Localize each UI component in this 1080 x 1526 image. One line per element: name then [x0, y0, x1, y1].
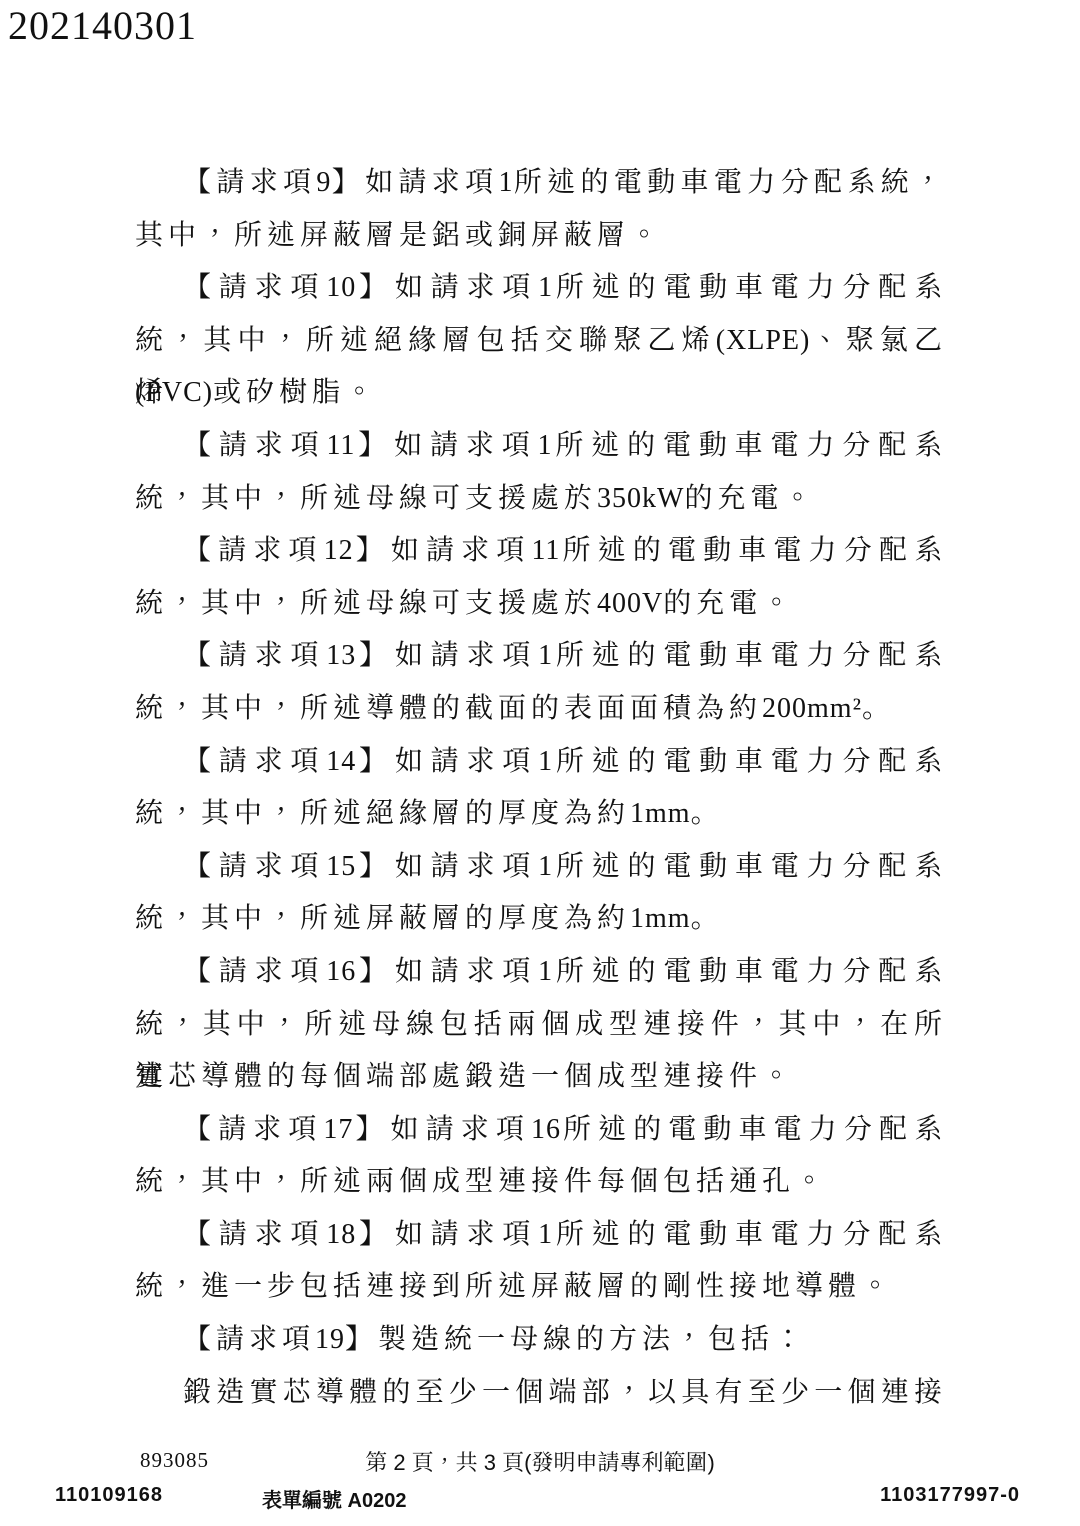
latin-run: 350kW	[597, 483, 684, 514]
claim-line: (PVC)或矽樹脂。	[135, 367, 947, 420]
claim-line: 統，其中，所述母線可支援處於400V的充電。	[135, 578, 947, 631]
latin-run: (XLPE)	[716, 325, 811, 356]
latin-run: 1mm	[630, 903, 691, 934]
claim-line: 鍛造實芯導體的至少一個端部，以具有至少一個連接	[135, 1367, 947, 1420]
latin-run: 16	[326, 956, 356, 987]
latin-run: 18	[326, 1219, 356, 1250]
latin-run: 1	[538, 746, 553, 777]
latin-run: 11	[531, 535, 560, 566]
latin-run: (PVC)	[135, 377, 213, 408]
latin-run: 1	[538, 956, 553, 987]
latin-run: 12	[324, 535, 354, 566]
latin-run: 1	[538, 640, 553, 671]
latin-run: 1	[538, 430, 553, 461]
patent-document-page: 202140301 【請求項9】如請求項1所述的電動車電力分配系統，其中，所述屏…	[0, 0, 1080, 1526]
footer-page-info: 第 2 頁，共 3 頁(發明申請專利範圍)	[0, 1446, 1080, 1477]
claim-line: 【請求項11】如請求項1所述的電動車電力分配系	[135, 420, 947, 473]
claim-line: 【請求項14】如請求項1所述的電動車電力分配系	[135, 736, 947, 789]
latin-run: 400V	[597, 588, 663, 619]
claim-line: 實芯導體的每個端部處鍛造一個成型連接件。	[135, 1051, 947, 1104]
claim-line: 統，其中，所述屏蔽層的厚度為約1mm。	[135, 893, 947, 946]
publication-number: 202140301	[8, 2, 197, 49]
latin-run: 14	[326, 746, 356, 777]
latin-run: 17	[323, 1114, 353, 1145]
latin-run: 13	[326, 640, 356, 671]
latin-run: 19	[315, 1324, 345, 1355]
claim-line: 統，其中，所述兩個成型連接件每個包括通孔。	[135, 1156, 947, 1209]
latin-run: 200mm²	[762, 693, 862, 724]
claims-text-block: 【請求項9】如請求項1所述的電動車電力分配系統，其中，所述屏蔽層是鋁或銅屏蔽層。…	[135, 157, 947, 1419]
claim-line: 【請求項12】如請求項11所述的電動車電力分配系	[135, 525, 947, 578]
footer-reference-number: 1103177997-0	[880, 1484, 1020, 1507]
latin-run: 1	[538, 272, 553, 303]
claim-line: 統，其中，所述母線包括兩個成型連接件，其中，在所述	[135, 999, 947, 1052]
claim-line: 【請求項19】製造統一母線的方法，包括：	[135, 1314, 947, 1367]
claim-line: 【請求項18】如請求項1所述的電動車電力分配系	[135, 1209, 947, 1262]
claim-line: 統，其中，所述導體的截面的表面面積為約200mm²。	[135, 683, 947, 736]
latin-run: 15	[326, 851, 356, 882]
claim-line: 統，進一步包括連接到所述屏蔽層的剛性接地導體。	[135, 1261, 947, 1314]
claim-line: 【請求項15】如請求項1所述的電動車電力分配系	[135, 841, 947, 894]
latin-run: 1	[538, 851, 553, 882]
claim-line: 統，其中，所述母線可支援處於350kW的充電。	[135, 473, 947, 526]
latin-run: 9	[316, 167, 331, 198]
latin-run: 1	[498, 167, 513, 198]
claim-line: 【請求項10】如請求項1所述的電動車電力分配系	[135, 262, 947, 315]
latin-run: 16	[531, 1114, 561, 1145]
claim-line: 其中，所述屏蔽層是鋁或銅屏蔽層。	[135, 210, 947, 263]
claim-line: 【請求項13】如請求項1所述的電動車電力分配系	[135, 630, 947, 683]
claim-line: 統，其中，所述絕緣層的厚度為約1mm。	[135, 788, 947, 841]
footer-application-number: 110109168	[55, 1484, 163, 1507]
latin-run: 10	[326, 272, 356, 303]
claim-line: 【請求項17】如請求項16所述的電動車電力分配系	[135, 1104, 947, 1157]
latin-run: 1	[538, 1219, 553, 1250]
latin-run: 1mm	[630, 798, 691, 829]
claim-line: 【請求項16】如請求項1所述的電動車電力分配系	[135, 946, 947, 999]
claim-line: 【請求項9】如請求項1所述的電動車電力分配系統，	[135, 157, 947, 210]
latin-run: 11	[326, 430, 355, 461]
claim-line: 統，其中，所述絕緣層包括交聯聚乙烯(XLPE)、聚氯乙烯	[135, 315, 947, 368]
footer-form-number: 表單編號 A0202	[262, 1484, 407, 1513]
